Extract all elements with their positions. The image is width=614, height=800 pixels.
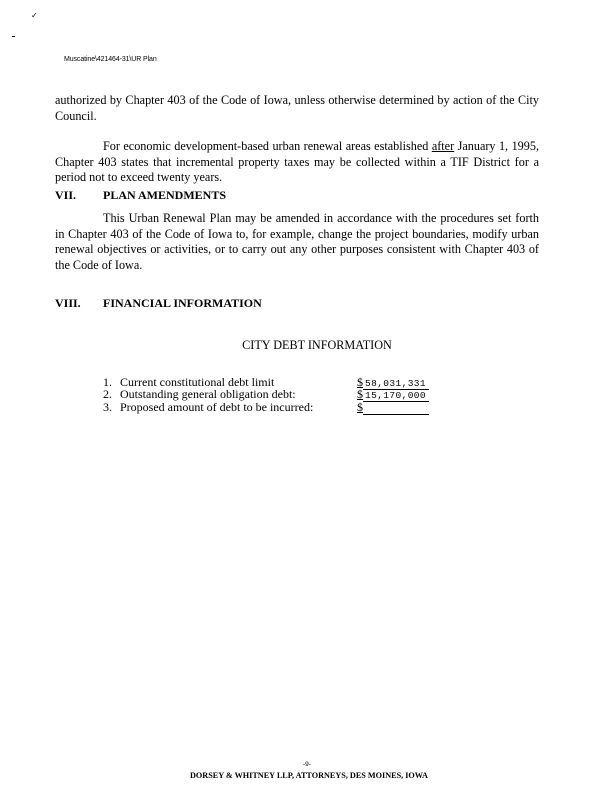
para2-before: For economic development-based urban ren… bbox=[103, 139, 432, 153]
item-label: Proposed amount of debt to be incurred: bbox=[120, 401, 357, 413]
section-heading-financial-information: VIII.FINANCIAL INFORMATION bbox=[55, 296, 262, 311]
paragraph-tif-duration: For economic development-based urban ren… bbox=[55, 139, 539, 186]
debt-item: 2. Outstanding general obligation debt: … bbox=[103, 388, 443, 400]
item-label: Outstanding general obligation debt: bbox=[120, 388, 357, 400]
para2-underlined: after bbox=[432, 139, 454, 153]
city-debt-title: CITY DEBT INFORMATION bbox=[242, 338, 392, 352]
paragraph-plan-amendments: This Urban Renewal Plan may be amended i… bbox=[55, 211, 539, 273]
amount-value bbox=[363, 404, 429, 415]
debt-list: 1. Current constitutional debt limit $58… bbox=[103, 376, 443, 413]
footer-firm: DORSEY & WHITNEY LLP, ATTORNEYS, DES MOI… bbox=[0, 771, 614, 781]
paragraph-authorization: authorized by Chapter 403 of the Code of… bbox=[55, 93, 539, 124]
section-heading-plan-amendments: VII.PLAN AMENDMENTS bbox=[55, 188, 226, 203]
section-number: VIII. bbox=[55, 296, 103, 311]
page-number: -9- bbox=[0, 761, 614, 769]
section-title: PLAN AMENDMENTS bbox=[103, 188, 226, 202]
city-debt-heading: CITY DEBT INFORMATION bbox=[0, 338, 614, 353]
section-title: FINANCIAL INFORMATION bbox=[103, 296, 262, 310]
check-mark-icon: ✓ bbox=[31, 12, 38, 20]
stray-mark bbox=[12, 36, 15, 37]
item-number: 2. bbox=[103, 388, 120, 400]
section-number: VII. bbox=[55, 188, 103, 203]
debt-item: 3. Proposed amount of debt to be incurre… bbox=[103, 401, 443, 413]
item-amount: $ bbox=[357, 401, 429, 415]
item-number: 3. bbox=[103, 401, 120, 413]
document-id: Muscatine\421464-31\UR Plan bbox=[64, 56, 157, 63]
plan-amendments-text: This Urban Renewal Plan may be amended i… bbox=[55, 211, 539, 272]
